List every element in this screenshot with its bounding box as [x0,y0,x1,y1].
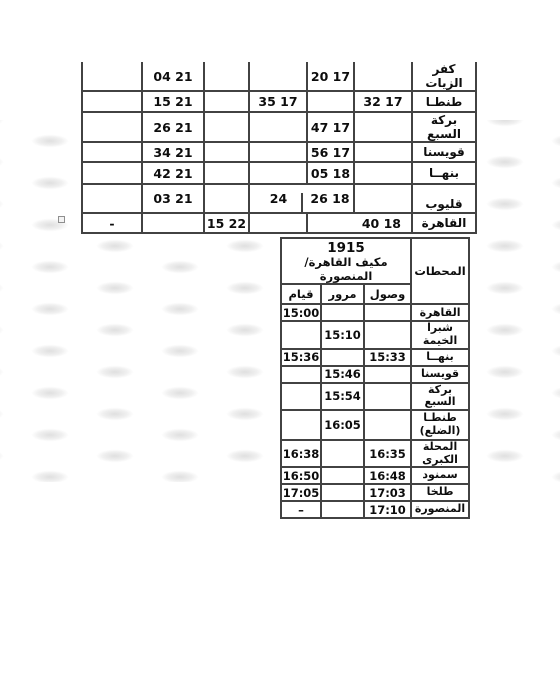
arrive-time-cell [364,304,411,321]
time-cell [249,142,307,162]
arrive-time-cell: 17:10 [364,501,411,518]
depart-time-cell: 15:36 [281,349,321,366]
time-cell: 05 18 [307,162,354,184]
table-row: 15:3615:33بنهــا [281,349,469,366]
depart-time-cell [281,410,321,440]
time-cell: 26 18 [307,184,354,213]
station-cell: شبرا الخيمة [411,321,469,348]
time-cell [82,184,142,213]
train-number: 1915 [282,239,410,256]
time-cell [82,112,142,142]
time-cell [354,184,412,213]
pass-time-cell [321,484,364,501]
table-row: 17:0517:03طلخا [281,484,469,501]
pass-time-cell: 15:10 [321,321,364,348]
train-name: مكيف القاهرة/المنصورة [282,256,410,284]
time-cell: 03 21 [142,184,204,213]
arrive-time-cell [364,366,411,383]
time-cell [354,162,412,184]
table-row: 04 2120 17كفر الزيات [82,62,476,91]
arrive-time-cell: 16:35 [364,440,411,467]
pass-time-cell: 15:46 [321,366,364,383]
table-row: 15:54بركة السبع [281,383,469,410]
time-cell: 35 17 [249,91,307,112]
depart-time-cell: 15:00 [281,304,321,321]
time-cell: 15 22 [204,213,249,233]
table-row: 26 2147 17بركة السبع [82,112,476,142]
time-cell [82,162,142,184]
depart-time-cell [281,321,321,348]
station-cell: بنهــا [411,349,469,366]
depart-time-cell: – [281,501,321,518]
time-cell [142,213,204,233]
time-cell [354,62,412,91]
time-cell: 24 [249,184,307,213]
depart-time-cell: 16:50 [281,467,321,484]
station-cell: طلخا [411,484,469,501]
station-cell: المحلة الكبرى [411,440,469,467]
table-row: 15:10شبرا الخيمة [281,321,469,348]
upper-timetable: 04 2120 17كفر الزيات15 2135 1732 17طنطـا… [81,62,477,234]
station-cell: القاهرة [412,213,476,233]
time-cell [82,91,142,112]
table-row: 16:05طنطـا (الضلع) [281,410,469,440]
station-cell: طنطـا [412,91,476,112]
time-cell [204,62,249,91]
time-cell [249,112,307,142]
arrive-time-cell: 15:33 [364,349,411,366]
table-header-row: 1915 مكيف القاهرة/المنصورة المحطات [281,238,469,284]
time-cell: 40 18 [307,213,412,233]
upper-timetable-body: 04 2120 17كفر الزيات15 2135 1732 17طنطـا… [82,62,476,233]
time-cell [307,91,354,112]
depart-time-cell: 17:05 [281,484,321,501]
pass-time-cell [321,349,364,366]
time-cell [249,162,307,184]
pass-time-cell [321,440,364,467]
time-cell [204,142,249,162]
arrive-time-cell: 16:48 [364,467,411,484]
station-cell: طنطـا (الضلع) [411,410,469,440]
time-cell [354,142,412,162]
arrive-time-cell: 17:03 [364,484,411,501]
pass-time-cell [321,304,364,321]
station-cell: المنصورة [411,501,469,518]
time-cell: - [82,213,142,233]
time-cell: 26 21 [142,112,204,142]
station-cell: بنهــا [412,162,476,184]
table-row: 15:46قويسنا [281,366,469,383]
table-row: 15 2135 1732 17طنطـا [82,91,476,112]
lower-timetable-body: 15:00القاهرة15:10شبرا الخيمة15:3615:33بن… [281,304,469,518]
station-cell: بركة السبع [412,112,476,142]
col-header-arrive: وصول [364,284,411,304]
pass-time-cell: 15:54 [321,383,364,410]
time-cell [354,112,412,142]
time-cell [204,162,249,184]
table-row: -15 2240 18القاهرة [82,213,476,233]
pass-time-cell [321,501,364,518]
time-cell [204,112,249,142]
table-row: 42 2105 18بنهــا [82,162,476,184]
time-cell: 42 21 [142,162,204,184]
arrive-time-cell [364,383,411,410]
col-header-depart: قيام [281,284,321,304]
time-cell: 47 17 [307,112,354,142]
time-cell: 15 21 [142,91,204,112]
table-row: –17:10المنصورة [281,501,469,518]
station-cell: بركة السبع [411,383,469,410]
time-cell: 34 21 [142,142,204,162]
time-cell: 32 17 [354,91,412,112]
time-cell [204,91,249,112]
station-cell: القاهرة [411,304,469,321]
station-cell: قويسنا [411,366,469,383]
depart-time-cell [281,366,321,383]
pass-time-cell [321,467,364,484]
time-cell: 04 21 [142,62,204,91]
depart-time-cell: 16:38 [281,440,321,467]
stray-square-mark [58,216,65,223]
time-cell [82,62,142,91]
time-cell [204,184,249,213]
station-cell: كفر الزيات [412,62,476,91]
table-row: 03 212426 18قليوب [82,184,476,213]
time-cell: 20 17 [307,62,354,91]
table-row: 16:5016:48سمنود [281,467,469,484]
stations-header: المحطات [411,238,469,304]
arrive-time-cell [364,410,411,440]
lower-timetable: 1915 مكيف القاهرة/المنصورة المحطات قيام … [280,237,470,519]
station-cell: قويسنا [412,142,476,162]
time-cell: 56 17 [307,142,354,162]
station-cell: قليوب [412,184,476,213]
time-cell [249,213,307,233]
depart-time-cell [281,383,321,410]
arrive-time-cell [364,321,411,348]
table-row: 34 2156 17قويسنا [82,142,476,162]
time-cell [82,142,142,162]
station-cell: سمنود [411,467,469,484]
pass-time-cell: 16:05 [321,410,364,440]
time-cell [249,62,307,91]
col-header-pass: مرور [321,284,364,304]
table-row: 16:3816:35المحلة الكبرى [281,440,469,467]
table-row: 15:00القاهرة [281,304,469,321]
train-header-cell: 1915 مكيف القاهرة/المنصورة [281,238,411,284]
